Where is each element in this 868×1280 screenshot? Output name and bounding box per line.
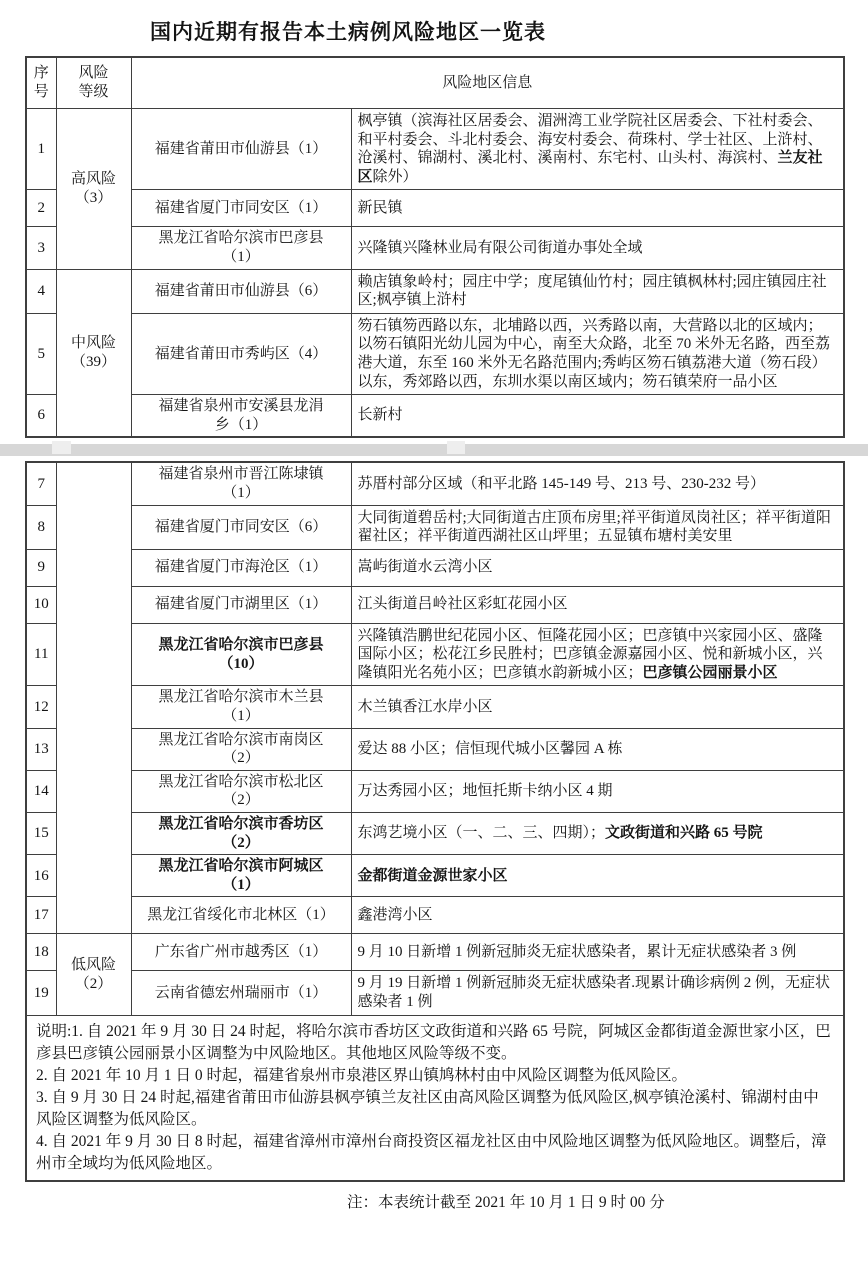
header-risk-level: 风险 等级 (56, 57, 131, 109)
serial-cell: 15 (26, 813, 56, 855)
table-row: 7福建省泉州市晋江陈埭镇 （1）苏厝村部分区域（和平北路 145-149 号、2… (26, 462, 844, 505)
info-cell: 长新村 (351, 395, 844, 438)
table-row: 10福建省厦门市湖里区（1）江头街道吕岭社区彩虹花园小区 (26, 586, 844, 623)
note-line: 3. 自 9 月 30 日 24 时起,福建省莆田市仙游县枫亭镇兰友社区由高风险… (36, 1087, 834, 1131)
region-cell: 黑龙江省哈尔滨市巴彦县 （1） (131, 227, 351, 269)
page-title: 国内近期有报告本土病例风险地区一览表 (150, 16, 868, 46)
risk-level-cell: 低风险 （2） (56, 934, 131, 1015)
table-row: 15黑龙江省哈尔滨市香坊区 （2）东鸿艺境小区（一、二、三、四期）；文政街道和兴… (26, 813, 844, 855)
info-cell: 兴隆镇浩鹏世纪花园小区、恒隆花园小区；巴彦镇中兴家园小区、盛隆国际小区；松花江乡… (351, 623, 844, 686)
info-cell: 爱达 88 小区；信恒现代城小区馨园 A 栋 (351, 728, 844, 770)
table-row: 9福建省厦门市海沧区（1）嵩屿街道水云湾小区 (26, 549, 844, 586)
serial-cell: 3 (26, 227, 56, 269)
serial-cell: 9 (26, 549, 56, 586)
serial-cell: 14 (26, 770, 56, 812)
text-segment: 新民镇 (358, 200, 403, 216)
serial-cell: 1 (26, 109, 56, 190)
serial-cell: 10 (26, 586, 56, 623)
risk-level-cell: 中风险 （39） (56, 269, 131, 437)
text-segment: 兴隆镇兴隆林业局有限公司街道办事处全域 (358, 240, 643, 256)
serial-cell: 12 (26, 686, 56, 728)
note-line: 4. 自 2021 年 9 月 30 日 8 时起，福建省漳州市漳州台商投资区福… (36, 1131, 834, 1175)
risk-table-part1: 序 号 风险 等级 风险地区信息 1高风险 （3）福建省莆田市仙游县（1）枫亭镇… (25, 56, 845, 438)
table-row: 18低风险 （2）广东省广州市越秀区（1）9 月 10 日新增 1 例新冠肺炎无… (26, 934, 844, 971)
notes-cell: 说明:1. 自 2021 年 9 月 30 日 24 时起，将哈尔滨市香坊区文政… (26, 1015, 844, 1181)
serial-cell: 8 (26, 505, 56, 549)
region-cell: 黑龙江省哈尔滨市香坊区 （2） (131, 813, 351, 855)
serial-cell: 5 (26, 313, 56, 394)
info-cell: 木兰镇香江水岸小区 (351, 686, 844, 728)
text-segment: 除外） (373, 169, 418, 185)
info-cell: 新民镇 (351, 190, 844, 227)
info-cell: 9 月 10 日新增 1 例新冠肺炎无症状感染者，累计无症状感染者 3 例 (351, 934, 844, 971)
text-segment: 大同街道碧岳村;大同街道古庄顶布房里;祥平街道凤岗社区；祥平街道阳翟社区；祥平街… (358, 510, 831, 545)
table-row: 3黑龙江省哈尔滨市巴彦县 （1）兴隆镇兴隆林业局有限公司街道办事处全域 (26, 227, 844, 269)
region-cell: 福建省莆田市仙游县（6） (131, 269, 351, 313)
region-cell: 黑龙江省哈尔滨市巴彦县 （10） (131, 623, 351, 686)
info-cell: 嵩屿街道水云湾小区 (351, 549, 844, 586)
text-segment: 笏石镇笏西路以东，北埔路以西，兴秀路以南，大营路以北的区域内；以笏石镇阳光幼儿园… (358, 318, 831, 390)
text-segment: 枫亭镇（滨海社区居委会、湄洲湾工业学院社区居委会、下社村委会、和平村委会、斗北村… (358, 113, 823, 166)
note-line: 2. 自 2021 年 10 月 1 日 0 时起，福建省泉州市泉港区界山镇鸠林… (36, 1065, 834, 1087)
text-segment: 9 月 10 日新增 1 例新冠肺炎无症状感染者，累计无症状感染者 3 例 (358, 944, 797, 960)
region-cell: 福建省厦门市海沧区（1） (131, 549, 351, 586)
text-segment: 苏厝村部分区域（和平北路 145-149 号、213 号、230-232 号） (358, 476, 766, 492)
region-cell: 黑龙江省哈尔滨市阿城区 （1） (131, 855, 351, 897)
info-cell: 赖店镇象岭村；园庄中学；度尾镇仙竹村；园庄镇枫林村;园庄镇园庄社区;枫亭镇上浒村 (351, 269, 844, 313)
text-segment: 江头街道吕岭社区彩虹花园小区 (358, 596, 568, 612)
stitch-band (0, 444, 868, 456)
header-serial: 序 号 (26, 57, 56, 109)
serial-cell: 6 (26, 395, 56, 438)
info-cell: 兴隆镇兴隆林业局有限公司街道办事处全域 (351, 227, 844, 269)
table-row: 5福建省莆田市秀屿区（4）笏石镇笏西路以东，北埔路以西，兴秀路以南，大营路以北的… (26, 313, 844, 394)
table-row: 1高风险 （3）福建省莆田市仙游县（1）枫亭镇（滨海社区居委会、湄洲湾工业学院社… (26, 109, 844, 190)
text-segment: 长新村 (358, 407, 403, 423)
region-cell: 福建省莆田市仙游县（1） (131, 109, 351, 190)
header-area-info: 风险地区信息 (131, 57, 844, 109)
info-cell: 江头街道吕岭社区彩虹花园小区 (351, 586, 844, 623)
region-cell: 福建省泉州市晋江陈埭镇 （1） (131, 462, 351, 505)
region-cell: 福建省厦门市同安区（1） (131, 190, 351, 227)
table-row: 4中风险 （39）福建省莆田市仙游县（6）赖店镇象岭村；园庄中学；度尾镇仙竹村；… (26, 269, 844, 313)
risk-table-part2: 7福建省泉州市晋江陈埭镇 （1）苏厝村部分区域（和平北路 145-149 号、2… (25, 461, 845, 1181)
emphasized-text: 文政街道和兴路 65 号院 (605, 825, 763, 841)
info-cell: 万达秀园小区；地恒托斯卡纳小区 4 期 (351, 770, 844, 812)
table-row: 12黑龙江省哈尔滨市木兰县 （1）木兰镇香江水岸小区 (26, 686, 844, 728)
text-segment: 万达秀园小区；地恒托斯卡纳小区 4 期 (358, 783, 613, 799)
region-cell: 云南省德宏州瑞丽市（1） (131, 971, 351, 1015)
table-header-row: 序 号 风险 等级 风险地区信息 (26, 57, 844, 109)
table-row: 17黑龙江省绥化市北林区（1）鑫港湾小区 (26, 897, 844, 934)
serial-cell: 11 (26, 623, 56, 686)
stitch-artifact-left (52, 441, 71, 454)
table-row: 6福建省泉州市安溪县龙涓 乡（1）长新村 (26, 395, 844, 438)
serial-cell: 2 (26, 190, 56, 227)
region-cell: 黑龙江省哈尔滨市南岗区 （2） (131, 728, 351, 770)
serial-cell: 17 (26, 897, 56, 934)
region-cell: 福建省莆田市秀屿区（4） (131, 313, 351, 394)
text-segment: 赖店镇象岭村；园庄中学；度尾镇仙竹村；园庄镇枫林村;园庄镇园庄社区;枫亭镇上浒村 (358, 274, 827, 309)
footer-note: 注：本表统计截至 2021 年 10 月 1 日 9 时 00 分 (347, 1190, 868, 1212)
table-row: 8福建省厦门市同安区（6）大同街道碧岳村;大同街道古庄顶布房里;祥平街道凤岗社区… (26, 505, 844, 549)
info-cell: 笏石镇笏西路以东，北埔路以西，兴秀路以南，大营路以北的区域内；以笏石镇阳光幼儿园… (351, 313, 844, 394)
info-cell: 东鸿艺境小区（一、二、三、四期）；文政街道和兴路 65 号院 (351, 813, 844, 855)
info-cell: 大同街道碧岳村;大同街道古庄顶布房里;祥平街道凤岗社区；祥平街道阳翟社区；祥平街… (351, 505, 844, 549)
region-cell: 黑龙江省哈尔滨市松北区 （2） (131, 770, 351, 812)
notes-row: 说明:1. 自 2021 年 9 月 30 日 24 时起，将哈尔滨市香坊区文政… (26, 1015, 844, 1181)
serial-cell: 16 (26, 855, 56, 897)
table-row: 16黑龙江省哈尔滨市阿城区 （1）金都街道金源世家小区 (26, 855, 844, 897)
text-segment: 嵩屿街道水云湾小区 (358, 559, 493, 575)
note-line: 说明:1. 自 2021 年 9 月 30 日 24 时起，将哈尔滨市香坊区文政… (36, 1021, 834, 1065)
table-row: 2福建省厦门市同安区（1）新民镇 (26, 190, 844, 227)
info-cell: 金都街道金源世家小区 (351, 855, 844, 897)
serial-cell: 4 (26, 269, 56, 313)
region-cell: 广东省广州市越秀区（1） (131, 934, 351, 971)
text-segment: 木兰镇香江水岸小区 (358, 699, 493, 715)
text-segment: 爱达 88 小区；信恒现代城小区馨园 A 栋 (358, 741, 623, 757)
serial-cell: 19 (26, 971, 56, 1015)
text-segment: 东鸿艺境小区（一、二、三、四期）； (358, 825, 606, 841)
table-row: 13黑龙江省哈尔滨市南岗区 （2）爱达 88 小区；信恒现代城小区馨园 A 栋 (26, 728, 844, 770)
serial-cell: 13 (26, 728, 56, 770)
info-cell: 枫亭镇（滨海社区居委会、湄洲湾工业学院社区居委会、下社村委会、和平村委会、斗北村… (351, 109, 844, 190)
info-cell: 鑫港湾小区 (351, 897, 844, 934)
serial-cell: 18 (26, 934, 56, 971)
text-segment: 鑫港湾小区 (358, 907, 433, 923)
risk-level-cell (56, 462, 131, 934)
region-cell: 福建省泉州市安溪县龙涓 乡（1） (131, 395, 351, 438)
risk-level-cell: 高风险 （3） (56, 109, 131, 270)
info-cell: 9 月 19 日新增 1 例新冠肺炎无症状感染者.现累计确诊病例 2 例，无症状… (351, 971, 844, 1015)
region-cell: 福建省厦门市湖里区（1） (131, 586, 351, 623)
emphasized-text: 金都街道金源世家小区 (358, 868, 508, 884)
stitch-artifact-right (447, 441, 465, 454)
info-cell: 苏厝村部分区域（和平北路 145-149 号、213 号、230-232 号） (351, 462, 844, 505)
serial-cell: 7 (26, 462, 56, 505)
region-cell: 黑龙江省绥化市北林区（1） (131, 897, 351, 934)
table-row: 11黑龙江省哈尔滨市巴彦县 （10）兴隆镇浩鹏世纪花园小区、恒隆花园小区；巴彦镇… (26, 623, 844, 686)
emphasized-text: 巴彦镇公园丽景小区 (643, 665, 778, 681)
text-segment: 9 月 19 日新增 1 例新冠肺炎无症状感染者.现累计确诊病例 2 例，无症状… (358, 975, 831, 1010)
region-cell: 黑龙江省哈尔滨市木兰县 （1） (131, 686, 351, 728)
table-row: 14黑龙江省哈尔滨市松北区 （2）万达秀园小区；地恒托斯卡纳小区 4 期 (26, 770, 844, 812)
table-row: 19云南省德宏州瑞丽市（1）9 月 19 日新增 1 例新冠肺炎无症状感染者.现… (26, 971, 844, 1015)
region-cell: 福建省厦门市同安区（6） (131, 505, 351, 549)
